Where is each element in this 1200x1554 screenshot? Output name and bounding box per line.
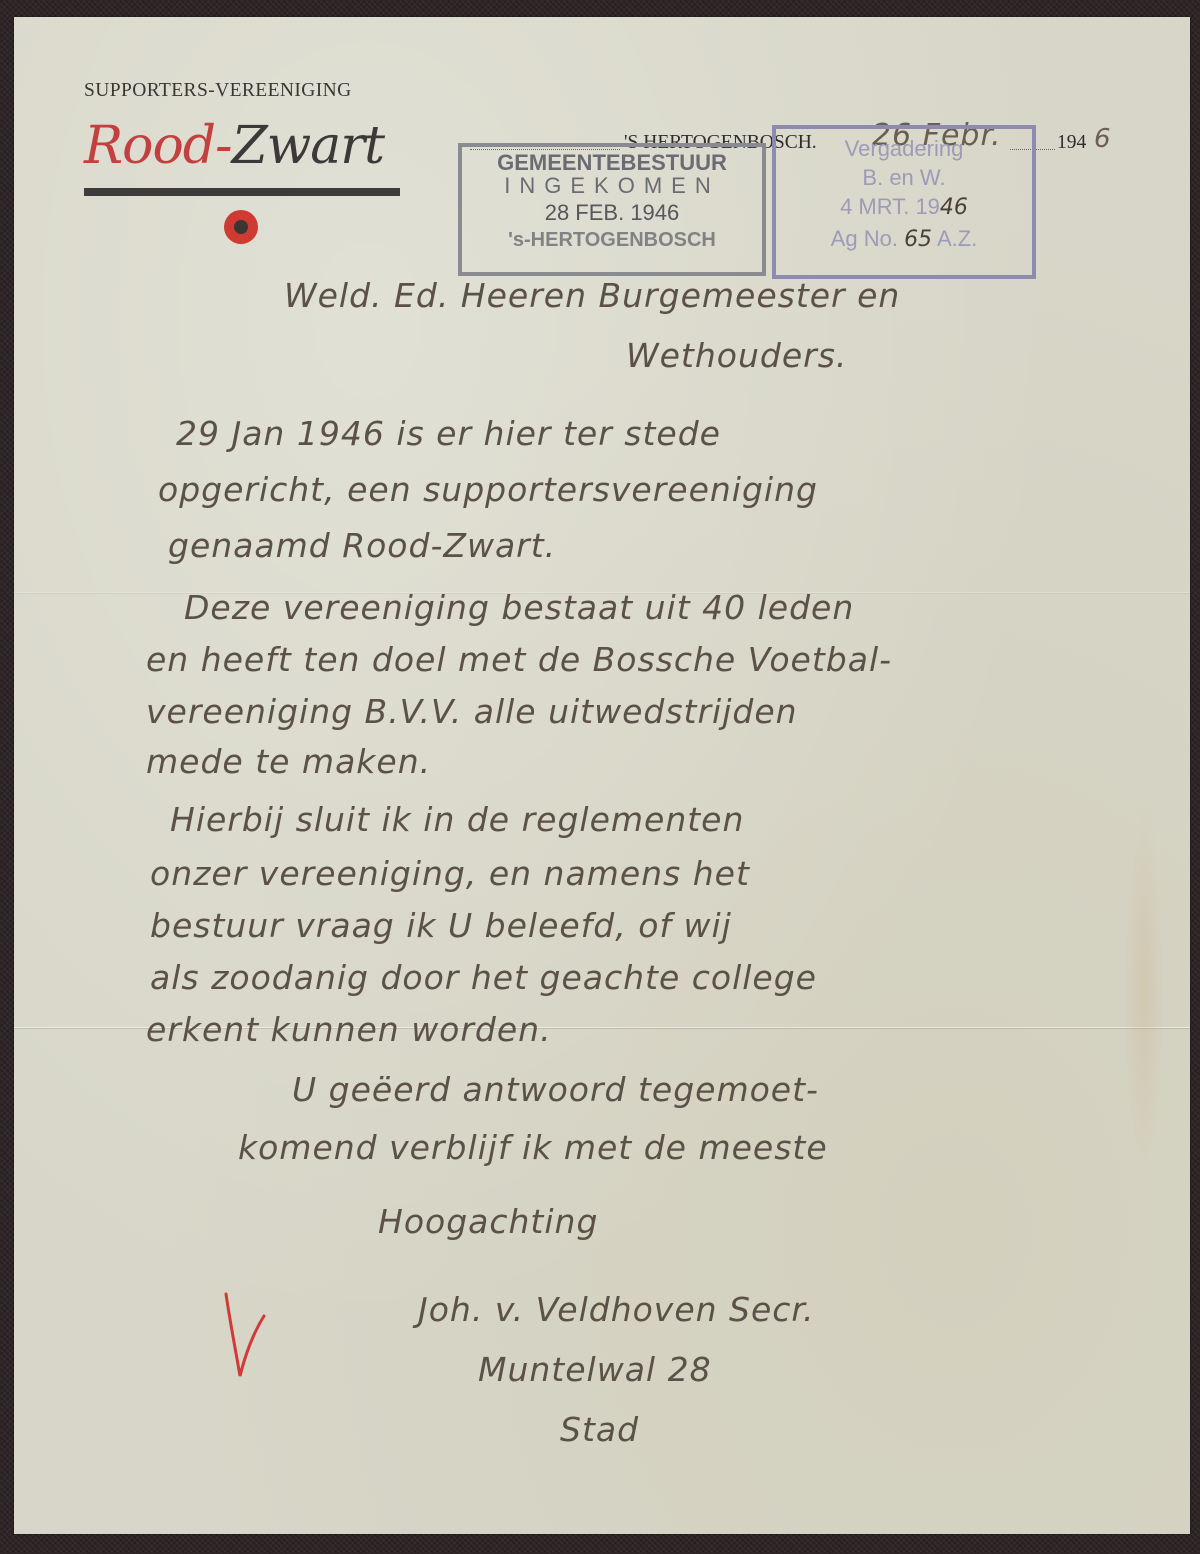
logo-black-text: Zwart — [232, 116, 384, 176]
body-line: komend verblijf ik met de meeste — [238, 1128, 828, 1167]
body-line: en heeft ten doel met de Bossche Voetbal… — [146, 640, 892, 679]
stamp-line: Vergadering — [776, 137, 1032, 160]
logo-underline — [84, 188, 400, 196]
red-check-mark-icon — [220, 1292, 270, 1382]
organization-name: SUPPORTERS-VEREENIGING — [84, 80, 352, 102]
body-line: bestuur vraag ik U beleefd, of wij — [150, 906, 732, 945]
body-line: Hierbij sluit ik in de reglementen — [170, 800, 744, 839]
agenda-prefix: Ag No. — [831, 226, 898, 251]
stamp-agenda-number: Ag No. 65 A.Z. — [776, 227, 1032, 251]
stamp-line: B. en W. — [776, 166, 1032, 189]
logo-wordmark: Rood-Zwart — [84, 120, 384, 172]
body-line: 29 Jan 1946 is er hier ter stede — [176, 414, 721, 453]
year-printed: 194 — [1057, 132, 1086, 154]
sender-address: Muntelwal 28 — [478, 1350, 712, 1389]
sender-city: Stad — [560, 1410, 639, 1449]
stamp-line: GEMEENTEBESTUUR — [462, 151, 762, 174]
stamp-date: 4 MRT. 1946 — [776, 195, 1032, 219]
body-line: onzer vereeniging, en namens het — [150, 854, 750, 893]
body-line: mede te maken. — [146, 742, 431, 781]
agenda-number: 65 — [904, 227, 932, 252]
body-line: opgericht, een supportersvereeniging — [158, 470, 818, 509]
salutation-line-2: Wethouders. — [626, 336, 847, 375]
body-line: U geëerd antwoord tegemoet- — [292, 1070, 819, 1109]
stamp-line: 's-HERTOGENBOSCH — [462, 230, 762, 251]
body-line: Deze vereeniging bestaat uit 40 leden — [184, 588, 854, 627]
body-line: als zoodanig door het geachte college — [150, 958, 817, 997]
stamp-date-handwritten: 46 — [940, 195, 968, 220]
stamp-date-printed: 4 MRT. 19 — [840, 194, 940, 219]
stamp-line: INGEKOMEN — [462, 174, 762, 197]
stamp-date: 28 FEB. 1946 — [462, 201, 762, 224]
year-handwritten: 6 — [1094, 124, 1112, 154]
logo-red-text: Rood- — [84, 116, 232, 176]
red-black-dot-icon — [224, 210, 258, 244]
agenda-suffix: A.Z. — [937, 226, 977, 251]
body-line: genaamd Rood-Zwart. — [168, 526, 556, 565]
body-line: vereeniging B.V.V. alle uitwedstrijden — [146, 692, 798, 731]
salutation-line-1: Weld. Ed. Heeren Burgemeester en — [284, 276, 900, 315]
closing: Hoogachting — [378, 1202, 598, 1241]
paper-stain — [1124, 807, 1164, 1167]
received-stamp: GEMEENTEBESTUUR INGEKOMEN 28 FEB. 1946 '… — [458, 143, 766, 276]
signature: Joh. v. Veldhoven Secr. — [418, 1290, 814, 1329]
body-line: erkent kunnen worden. — [146, 1010, 552, 1049]
meeting-stamp: Vergadering B. en W. 4 MRT. 1946 Ag No. … — [772, 125, 1036, 279]
